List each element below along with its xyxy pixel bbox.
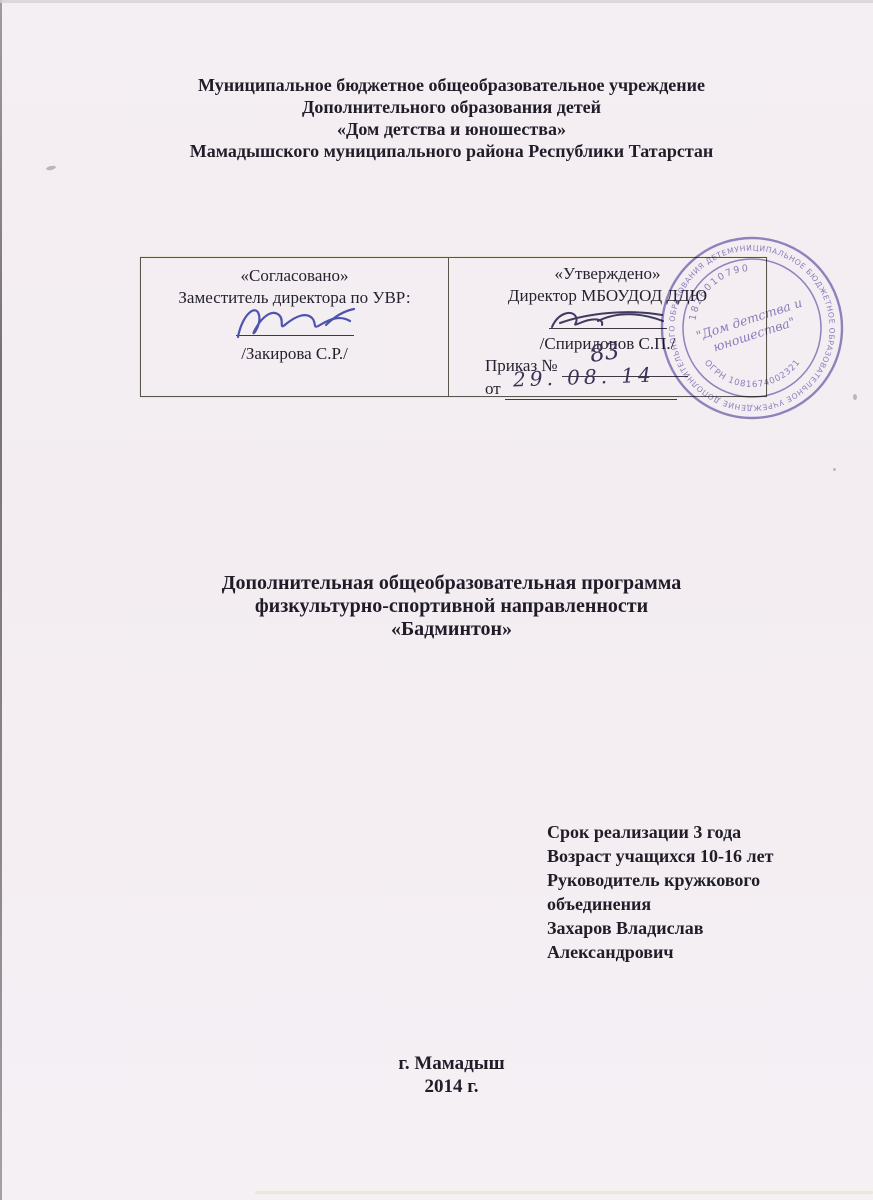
detail-line: объединения bbox=[547, 892, 773, 916]
program-title: Дополнительная общеобразовательная прогр… bbox=[30, 572, 873, 641]
approved-signature-ink bbox=[546, 299, 670, 337]
title-line: Дополнительная общеобразовательная прогр… bbox=[30, 572, 873, 595]
scan-edge-top bbox=[0, 0, 873, 3]
program-details: Срок реализации 3 года Возраст учащихся … bbox=[547, 820, 773, 964]
header-line: Дополнительного образования детей bbox=[30, 96, 873, 118]
detail-line: Захаров Владислав bbox=[547, 916, 773, 940]
header-line: «Дом детства и юношества» bbox=[30, 118, 873, 140]
scanned-title-page: Муниципальное бюджетное общеобразователь… bbox=[0, 0, 873, 1200]
footer-year: 2014 г. bbox=[30, 1075, 873, 1098]
scan-speck bbox=[853, 394, 857, 400]
header-line: Мамадышского муниципального района Респу… bbox=[30, 140, 873, 162]
agreed-signature-area bbox=[141, 309, 448, 343]
scan-streak bbox=[255, 1191, 873, 1194]
institution-header: Муниципальное бюджетное общеобразователь… bbox=[30, 74, 873, 162]
order-number-handwritten: 83 bbox=[588, 340, 620, 366]
date-handwritten: 29. 08. 14 bbox=[513, 364, 655, 391]
date-label: от bbox=[485, 379, 501, 398]
detail-line: Руководитель кружкового bbox=[547, 868, 773, 892]
agreed-cell: «Согласовано» Заместитель директора по У… bbox=[141, 258, 449, 396]
agreed-title: «Согласовано» bbox=[141, 265, 448, 287]
date-fill-line: 29. 08. 14 bbox=[505, 379, 677, 400]
footer: г. Мамадыш 2014 г. bbox=[30, 1052, 873, 1098]
title-line: «Бадминтон» bbox=[30, 618, 873, 641]
detail-line: Александрович bbox=[547, 940, 773, 964]
footer-city: г. Мамадыш bbox=[30, 1052, 873, 1075]
official-round-seal: МУНИЦИПАЛЬНОЕ БЮДЖЕТНОЕ ОБРАЗОВАТЕЛЬНОЕ … bbox=[657, 233, 847, 423]
header-line: Муниципальное бюджетное общеобразователь… bbox=[30, 74, 873, 96]
title-line: физкультурно-спортивной направленности bbox=[30, 595, 873, 618]
scan-speck bbox=[46, 165, 57, 171]
scan-speck bbox=[833, 468, 836, 471]
agreed-signature-ink bbox=[230, 295, 360, 347]
scan-edge-left bbox=[0, 0, 2, 1200]
detail-line: Срок реализации 3 года bbox=[547, 820, 773, 844]
detail-line: Возраст учащихся 10-16 лет bbox=[547, 844, 773, 868]
